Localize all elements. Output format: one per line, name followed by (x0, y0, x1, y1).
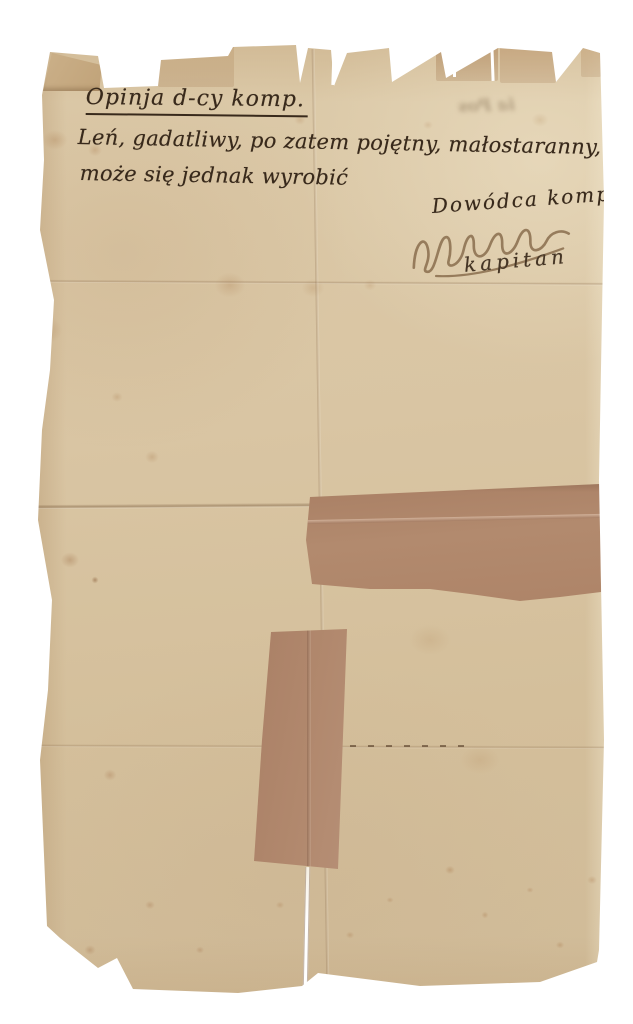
document-paper: ia Pos Opinja d-cy komp. Leń, gadatliwy,… (38, 45, 608, 993)
heading-underlined: Opinja d-cy komp. (86, 85, 308, 117)
tape-fold-line (307, 628, 311, 870)
torn-edge-slit (331, 47, 335, 85)
heading-text: Opinja d-cy komp. (86, 85, 308, 117)
torn-edge-tab (581, 47, 601, 77)
bleedthrough-text: ia Pos (458, 95, 515, 117)
torn-edge-slit (453, 47, 456, 77)
torn-edge-tab (436, 47, 498, 81)
photo-background: ia Pos Opinja d-cy komp. Leń, gadatliwy,… (0, 0, 633, 1024)
torn-edge-tab (158, 45, 234, 87)
horizontal-fold-crease (38, 280, 608, 286)
closing-role-text: Dowódca komp (431, 181, 612, 217)
paper-split-gap (303, 867, 311, 993)
ink-bleedthrough: ia Pos (405, 95, 516, 125)
body-line-2: może się jednak wyrobić (80, 161, 349, 190)
kraft-tape-horizontal (306, 483, 602, 602)
tape-edge-shadow (306, 483, 602, 492)
kraft-tape-vertical (252, 628, 350, 870)
body-line-1: Leń, gadatliwy, po zatem pojętny, małost… (78, 125, 602, 159)
tape-crease-line (306, 514, 602, 524)
torn-edge-tab (500, 47, 556, 83)
crease-ink-dashes (350, 745, 466, 747)
